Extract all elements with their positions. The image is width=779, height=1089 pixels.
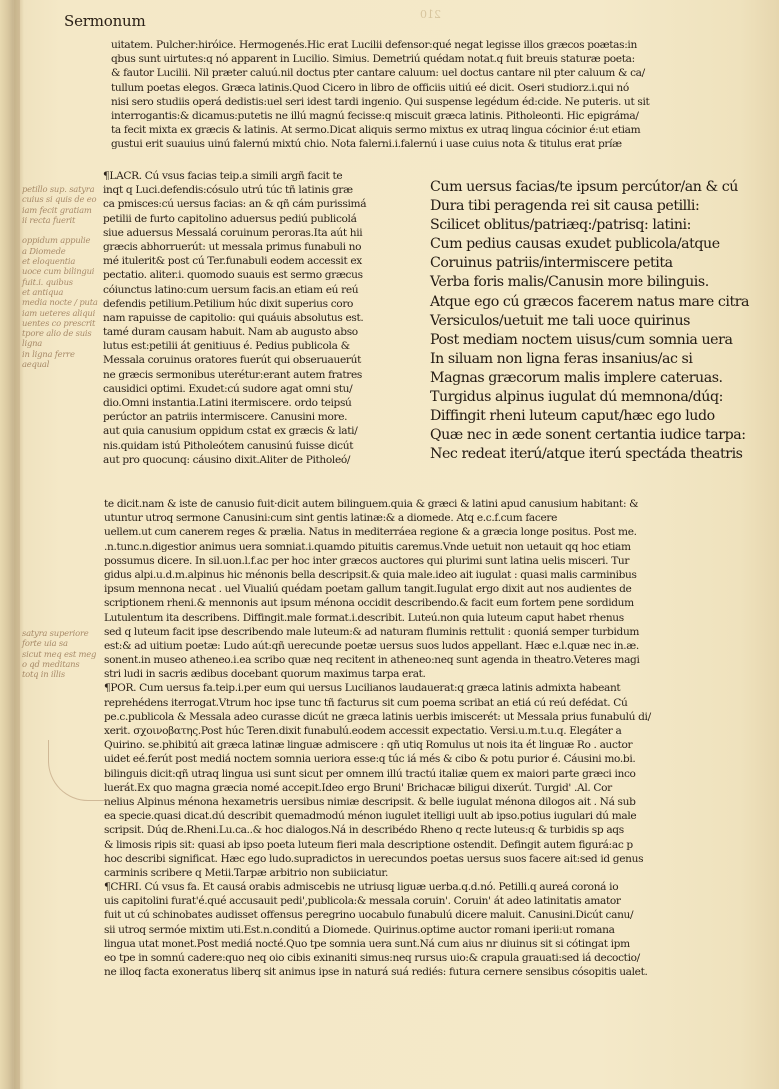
commentary-top: uitatem. Pulcher:hiróice. Hermogenés.Hic…: [111, 38, 711, 152]
verse-line: Atque ego cú græcos facerem natus mare c…: [430, 293, 775, 312]
commentary-line: perúctor an patriis intermiscere. Canusi…: [103, 410, 431, 424]
commentary-line: possumus dicere. In sil.uon.l.f.ac per h…: [104, 554, 704, 568]
verse-line: Cum uersus facias/te ipsum percútor/an &…: [430, 178, 775, 197]
commentary-line: causidici optimi. Exudet:cú sudore agat …: [103, 382, 431, 396]
commentary-line: ipsum mennona necat . uel Viualiú quédam…: [104, 582, 704, 596]
verse-line: Nec redeat iterú/atque iterú spectáda th…: [430, 445, 775, 464]
commentary-line: .n.tunc.n.digestior animus uera somniat.…: [104, 540, 704, 554]
commentary-line: reprehédens iterrogat.Vtrum hoc ipse tun…: [104, 696, 704, 710]
commentary-line: nis.quidam istú Pitholeótem canusinú fui…: [103, 439, 431, 453]
commentary-line: carminis scribere q Metii.Tarpæ arbitrio…: [104, 866, 704, 880]
commentary-line: scripsit. Dúq de.Rheni.Lu.ca..& hoc dial…: [104, 823, 704, 837]
commentary-line: stri ludi in sacris ædibus docebant quor…: [104, 667, 704, 681]
commentary-line: græcis abhorruerút: ut messala primus fu…: [103, 240, 431, 254]
commentary-line: xerit. σχοινοβατης.Post húc Teren.dixit …: [104, 724, 704, 738]
marginal-note: et antiqua: [22, 287, 98, 297]
commentary-line: gustui erit suauius uinú falernú mixtú c…: [111, 137, 711, 151]
marginal-note: ii recta fuerit: [22, 215, 98, 225]
commentary-line: scriptionem rheni.& mennonis aut ipsum m…: [104, 596, 704, 610]
commentary-line: uellem.ut cum canerem reges & prælia. Na…: [104, 525, 704, 539]
manuscript-page: Sermonum 210 uitatem. Pulcher:hiróice. H…: [0, 0, 779, 1089]
commentary-line: & fautor Lucilii. Nil præter caluú.nil d…: [111, 66, 711, 80]
commentary-line: tamé duram causam habuit. Nam ab augusto…: [103, 325, 431, 339]
verse-line: Post mediam noctem uisus/cum somnia uera: [430, 331, 775, 350]
commentary-line: nisi sero studiis operá dedistis:uel ser…: [111, 95, 711, 109]
commentary-line: bilinguis dicit:qñ utraq lingua usi sunt…: [104, 767, 704, 781]
marginal-note: forte uia sa: [22, 638, 96, 648]
commentary-line: utuntur utroq sermone Canusini:cum sint …: [104, 511, 704, 525]
marginal-note: a Diomede: [22, 246, 98, 256]
verse-line: Versiculos/uetuit me tali uoce quirinus: [430, 312, 775, 331]
running-head: Sermonum: [64, 12, 146, 30]
commentary-left-column: ¶LACR. Cú vsus facias teip.a simili argñ…: [103, 169, 431, 467]
commentary-line: uis capitolini furat'é.qué accusauit ped…: [104, 894, 704, 908]
marginal-note: petillo sup. satyra: [22, 184, 98, 194]
verse-line: Quæ nec in æde sonent certantia iudice t…: [430, 426, 775, 445]
commentary-line: dio.Omni instantia.Latini itermiscere. o…: [103, 396, 431, 410]
marginal-note: media nocte / puta: [22, 297, 98, 307]
marginal-note: aequal: [22, 359, 98, 369]
commentary-line: sed q luteum facit ipse describendo male…: [104, 625, 704, 639]
commentary-line: ne illoq facta exoneratus liberq sit ani…: [104, 965, 704, 979]
verse-line: Diffingit rheni luteum caput/hæc ego lud…: [430, 407, 775, 426]
commentary-line: lutus est:petilii át genitiuus é. Pedius…: [103, 339, 431, 353]
marginal-note: [22, 225, 98, 235]
commentary-line: est:& ad uitium poetæ: Ludo aút:qñ uerec…: [104, 639, 704, 653]
marginal-note: uentes co prescrit: [22, 318, 98, 328]
marginal-note: fuit.i. quibus: [22, 277, 98, 287]
commentary-line: hoc describi significat. Hæc ego ludo.su…: [104, 852, 704, 866]
marginalia-lower: satyra superiore forte uia sa sicut meq …: [22, 628, 96, 679]
commentary-line: ¶LACR. Cú vsus facias teip.a simili argñ…: [103, 169, 431, 183]
commentary-line: uidet eé.ferút post mediá noctem somnia …: [104, 752, 704, 766]
marginal-note: sicut meq est meg: [22, 649, 96, 659]
binding-gutter: [14, 0, 20, 1089]
commentary-bottom: te dicit.nam & iste de canusio fuit·dici…: [104, 497, 704, 994]
commentary-line: ea specie.quasi dicat.dú describit quema…: [104, 809, 704, 823]
commentary-line: ne græcis sermonibus uterétur:erant aute…: [103, 368, 431, 382]
commentary-line: aut quia canusium oppidum cstat ex græci…: [103, 424, 431, 438]
commentary-line: sii utroq sermóe mixtim uti.Est.n.condit…: [104, 923, 704, 937]
commentary-line: luerát.Ex quo magna græcia nomé accepit.…: [104, 781, 704, 795]
commentary-line: interrogantis:& dicamus:putetis ne illú …: [111, 109, 711, 123]
pen-flourish-mark: [48, 740, 109, 801]
marginal-note: ligna: [22, 338, 98, 348]
commentary-line: ta fecit mixta ex græcis & latinis. At s…: [111, 123, 711, 137]
marginal-note: uoce cum bilingui: [22, 266, 98, 276]
marginal-note: oppidum appulie: [22, 235, 98, 245]
marginal-note: satyra superiore: [22, 628, 96, 638]
commentary-line: Messala coruinus oratores fuerút qui obs…: [103, 353, 431, 367]
commentary-line: pectatio. aliter.i. quomodo suauis est s…: [103, 268, 431, 282]
marginal-note: iam fecit gratiam: [22, 205, 98, 215]
commentary-line: tullum poetas elegos. Græca latinis.Quod…: [111, 81, 711, 95]
marginal-note: et eloquentia: [22, 256, 98, 266]
commentary-line: inqt q Luci.defendis:cósulo utrú túc tñ …: [103, 183, 431, 197]
marginal-note: in ligna ferre: [22, 349, 98, 359]
commentary-line: [104, 979, 704, 993]
commentary-line: defendis petilium.Petilium húc dixit sup…: [103, 297, 431, 311]
commentary-line: nelius Alpinus ménona hexametris uersibu…: [104, 795, 704, 809]
folio-number-bleed-through: 210: [420, 8, 441, 21]
commentary-line: cóiunctus latino:cum uersum facis.an eti…: [103, 283, 431, 297]
verse-line: Turgidus alpinus iugulat dú memnona/dúq:: [430, 388, 775, 407]
commentary-line: eo tpe in somnú cadere:quo neq oio cibis…: [104, 951, 704, 965]
verse-line: In siluam non ligna feras insanius/ac si: [430, 350, 775, 369]
verse-line: Coruinus patriis/intermiscere petita: [430, 254, 775, 273]
marginal-note: o qd meditans: [22, 659, 96, 669]
commentary-line: aut pro quocunq: cáusino dixit.Aliter de…: [103, 453, 431, 467]
commentary-line: nam rapuisse de capitolio: qui quáuis ab…: [103, 311, 431, 325]
marginal-note: iam ueteres aliqui: [22, 308, 98, 318]
commentary-line: pe.c.publicola & Messala adeo curasse di…: [104, 710, 704, 724]
commentary-line: sonent.in museo atheneo.i.ea scribo quæ …: [104, 653, 704, 667]
commentary-line: ¶POR. Cum uersus fa.teip.i.per eum qui u…: [104, 681, 704, 695]
verse-line: Dura tibi peragenda rei sit causa petill…: [430, 197, 775, 216]
commentary-line: Lutulentum ita describens. Diffingit.mal…: [104, 611, 704, 625]
commentary-line: siue aduersus Messalá coruinum peroras.I…: [103, 226, 431, 240]
commentary-line: Quirino. se.phibitú ait græca latinæ lin…: [104, 738, 704, 752]
commentary-line: uitatem. Pulcher:hiróice. Hermogenés.Hic…: [111, 38, 711, 52]
commentary-line: ¶CHRI. Cú vsus fa. Et causá orabis admis…: [104, 880, 704, 894]
commentary-line: gidus alpi.u.d.m.alpinus hic ménonis bel…: [104, 568, 704, 582]
commentary-line: mé itulerit& post cú Ter.funabuli eodem …: [103, 254, 431, 268]
commentary-line: fuit ut cú schinobates audisset offensus…: [104, 908, 704, 922]
commentary-line: ca pmisces:cú uersus facias: an & qñ cám…: [103, 197, 431, 211]
commentary-line: qbus sunt uirtutes:q nó apparent in Luci…: [111, 52, 711, 66]
marginal-note: totq in illis: [22, 669, 96, 679]
marginalia-upper: petillo sup. satyra cuius si quis de eo …: [22, 184, 98, 369]
commentary-line: petilii de furto capitolino aduersus ped…: [103, 212, 431, 226]
marginal-note: tpore alio de suis: [22, 328, 98, 338]
verse-line: Magnas græcorum malis implere cateruas.: [430, 369, 775, 388]
commentary-line: lingua utat monet.Post mediá nocté.Quo t…: [104, 937, 704, 951]
commentary-line: te dicit.nam & iste de canusio fuit·dici…: [104, 497, 704, 511]
verse-line: Verba foris malis/Canusin more bilinguis…: [430, 273, 775, 292]
commentary-line: & limosis ripis sit: quasi ab ipso poeta…: [104, 838, 704, 852]
verse-text-column: Cum uersus facias/te ipsum percútor/an &…: [430, 178, 775, 464]
marginal-note: cuius si quis de eo: [22, 194, 98, 204]
verse-line: Scilicet oblitus/patriæq:/patrisq: latin…: [430, 216, 775, 235]
verse-line: Cum pedius causas exudet publicola/atque: [430, 235, 775, 254]
